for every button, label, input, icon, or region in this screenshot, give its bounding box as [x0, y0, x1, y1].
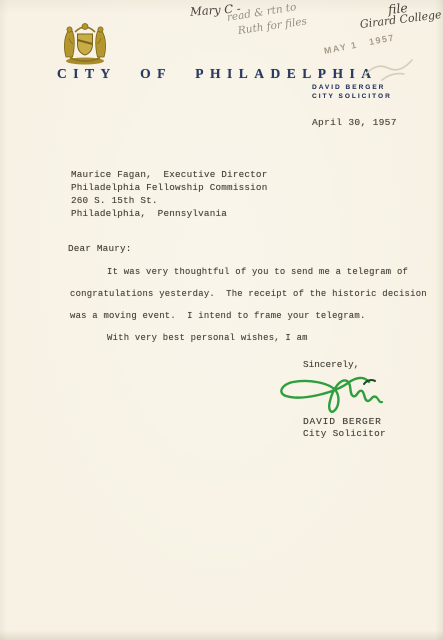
- recipient-line: 260 S. 15th St.: [71, 194, 268, 207]
- scanned-letter-page: CITY OF PHILADELPHIA DAVID BERGER CITY S…: [0, 0, 443, 640]
- letter-date: April 30, 1957: [312, 117, 397, 128]
- letterhead-officer-title: CITY SOLICITOR: [312, 93, 392, 102]
- philadelphia-coat-of-arms-icon: [57, 20, 113, 66]
- recipient-line: Maurice Fagan, Executive Director: [71, 168, 268, 181]
- body-line-2: congratulations yesterday. The receipt o…: [70, 289, 427, 299]
- signer-title: City Solicitor: [303, 428, 386, 439]
- letterhead-title: CITY OF PHILADELPHIA: [57, 66, 378, 82]
- body-line-1: It was very thoughtful of you to send me…: [107, 267, 408, 277]
- green-ink-signature-icon: [272, 372, 396, 418]
- recipient-line: Philadelphia Fellowship Commission: [71, 181, 268, 194]
- closing: Sincerely,: [303, 359, 359, 370]
- recipient-address-block: Maurice Fagan, Executive Director Philad…: [71, 168, 268, 220]
- body-line-4: With very best personal wishes, I am: [107, 333, 308, 343]
- body-line-3: was a moving event. I intend to frame yo…: [70, 311, 366, 321]
- signer-name: DAVID BERGER: [303, 416, 382, 427]
- faint-pencil-smudge: [358, 52, 418, 84]
- salutation: Dear Maury:: [68, 243, 132, 254]
- letterhead-officer-name: DAVID BERGER: [312, 84, 385, 93]
- recipient-line: Philadelphia, Pennsylvania: [71, 207, 268, 220]
